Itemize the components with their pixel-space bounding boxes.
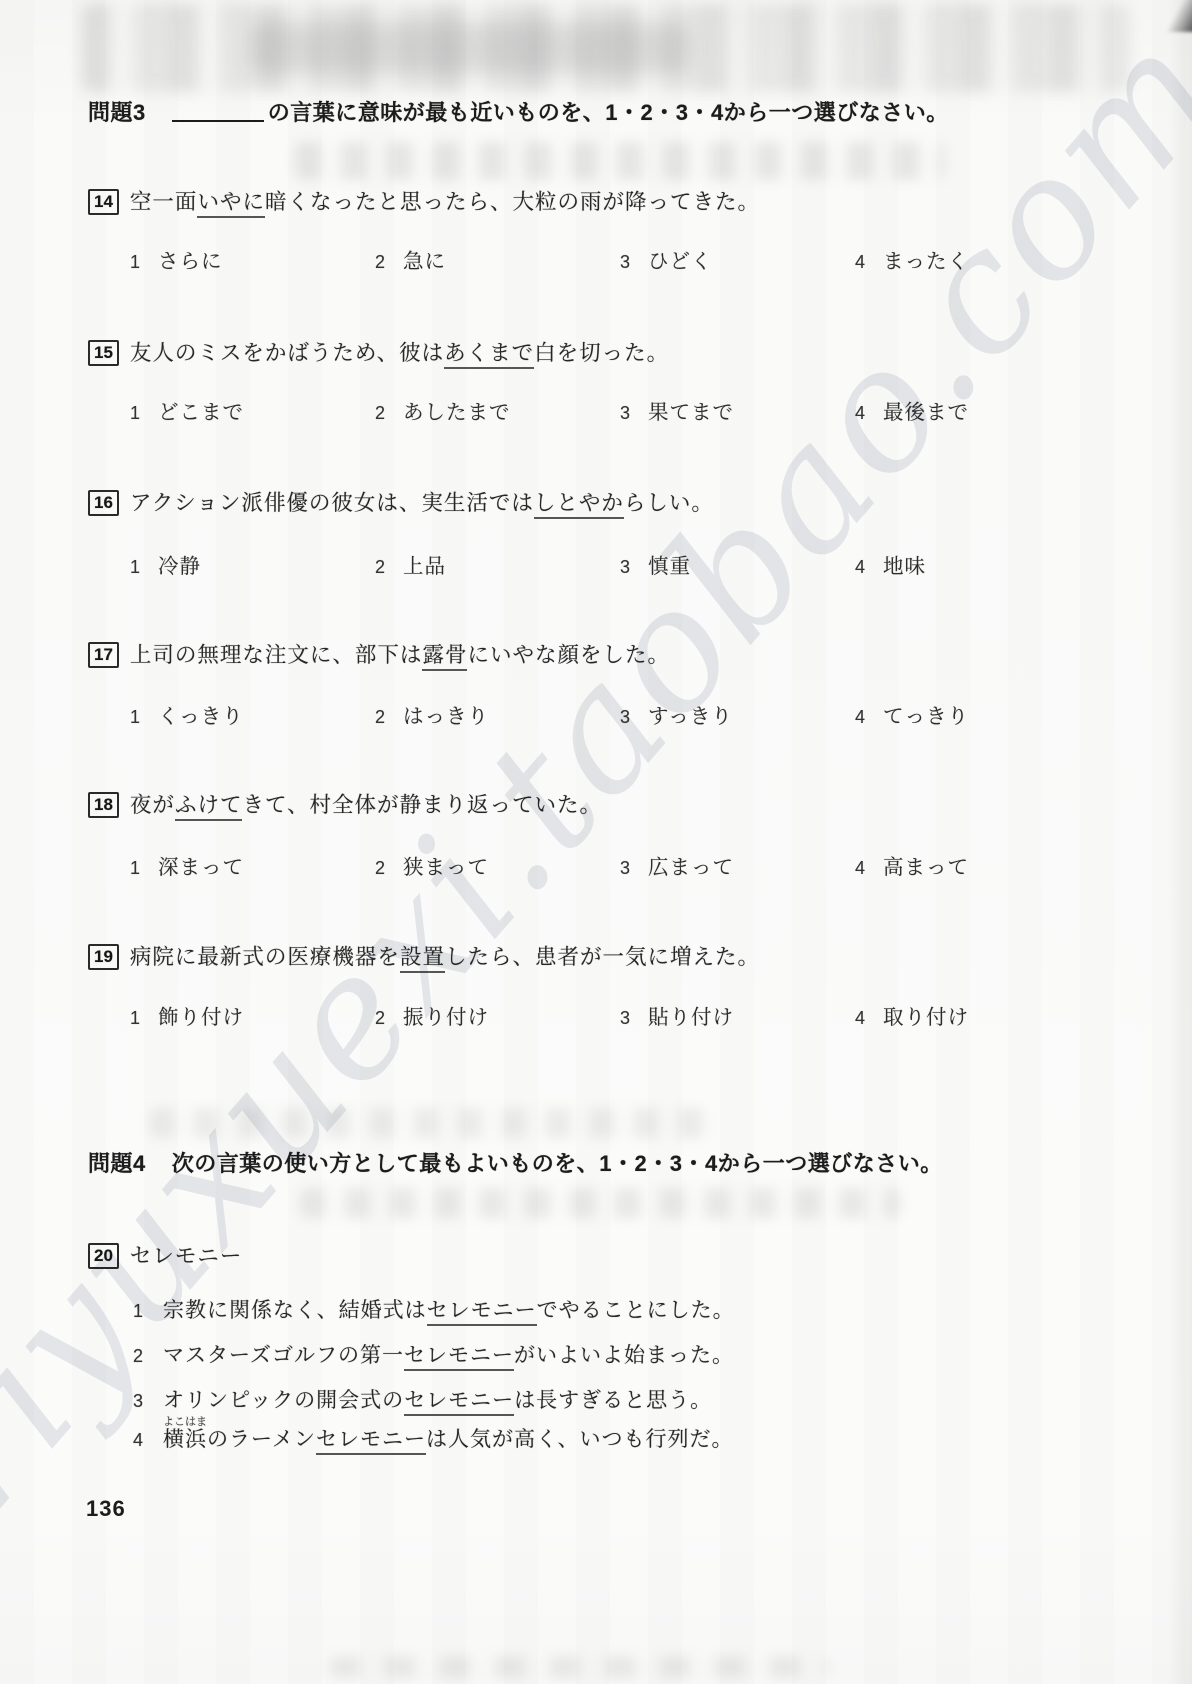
question-number-box: 18 bbox=[88, 792, 119, 818]
ruby-furigana: よこはま bbox=[163, 1416, 207, 1428]
option: 3広まって bbox=[620, 850, 855, 880]
scanned-test-page: riyuxuexi.taobao.com 問題3の言葉に意味が最も近いものを、1… bbox=[0, 0, 1192, 1684]
option: 4地味 bbox=[855, 549, 926, 579]
sentence-pre: 夜が bbox=[130, 793, 175, 817]
option: 4てっきり bbox=[855, 699, 969, 729]
option: 3果てまで bbox=[620, 395, 855, 425]
option: 2振り付け bbox=[375, 1000, 620, 1030]
section3-instruction: の言葉に意味が最も近いものを、1・2・3・4から一つ選びなさい。 bbox=[268, 100, 949, 125]
option-number: 3 bbox=[620, 557, 631, 578]
option: 4取り付け bbox=[855, 1000, 969, 1030]
section4-label: 問題4 bbox=[88, 1151, 146, 1176]
option-number: 1 bbox=[130, 858, 141, 879]
option-number: 2 bbox=[375, 252, 386, 273]
scan-artifact bbox=[300, 1188, 900, 1218]
option-number: 3 bbox=[620, 707, 631, 728]
option-text: くっきり bbox=[158, 706, 244, 728]
option: 3すっきり bbox=[620, 699, 855, 729]
option-text: 高まって bbox=[883, 857, 969, 879]
option: 2急に bbox=[375, 244, 620, 274]
question-number-box: 14 bbox=[88, 189, 119, 215]
option-number: 1 bbox=[130, 403, 141, 424]
underlined-word: 露骨 bbox=[422, 643, 467, 671]
sentence-post: きて、村全体が静まり返っていた。 bbox=[242, 793, 602, 817]
option-text: 急に bbox=[403, 251, 446, 273]
sentence-post: がいよいよ始まった。 bbox=[514, 1343, 734, 1367]
question-19: 19病院に最新式の医療機器を設置したら、患者が一気に増えた。 bbox=[88, 940, 760, 971]
option-number: 3 bbox=[620, 403, 631, 424]
option-text: 飾り付け bbox=[158, 1007, 244, 1029]
option-number: 2 bbox=[375, 557, 386, 578]
question-18: 18夜がふけてきて、村全体が静まり返っていた。 bbox=[88, 788, 602, 819]
section3-title: 問題3の言葉に意味が最も近いものを、1・2・3・4から一つ選びなさい。 bbox=[88, 96, 949, 127]
underlined-word: ふけて bbox=[175, 793, 243, 821]
scan-artifact bbox=[1168, 0, 1192, 1684]
option: 3慎重 bbox=[620, 549, 855, 579]
ruby-base: 横浜 bbox=[163, 1427, 207, 1451]
underlined-word: 設置 bbox=[400, 945, 445, 973]
option-text: どこまで bbox=[158, 402, 244, 424]
option: 1飾り付け bbox=[130, 1000, 375, 1030]
page-number: 136 bbox=[86, 1496, 126, 1522]
question-20: 20セレモニー bbox=[88, 1239, 242, 1270]
question-14-options: 1さらに2急に3ひどく4まったく bbox=[130, 244, 969, 274]
option: 3貼り付け bbox=[620, 1000, 855, 1030]
sentence-post: は長すぎると思う。 bbox=[514, 1388, 712, 1412]
option-number: 1 bbox=[133, 1301, 144, 1322]
sentence-pre: 病院に最新式の医療機器を bbox=[130, 945, 400, 969]
option-text: 広まって bbox=[648, 857, 734, 879]
scan-artifact bbox=[330, 1656, 830, 1678]
question-number-box: 16 bbox=[88, 490, 119, 516]
option-number: 4 bbox=[855, 403, 866, 424]
option-text: 上品 bbox=[403, 556, 446, 578]
option: 1くっきり bbox=[130, 699, 375, 729]
question-number-box: 19 bbox=[88, 944, 119, 970]
option: 1どこまで bbox=[130, 395, 375, 425]
sentence-pre: アクション派俳優の彼女は、実生活では bbox=[130, 491, 534, 515]
option: 2はっきり bbox=[375, 699, 620, 729]
option-text: ひどく bbox=[648, 251, 713, 273]
question-number-box: 17 bbox=[88, 642, 119, 668]
question-20-option-4: 4横浜よこはまのラーメンセレモニーは人気が高く、いつも行列だ。 bbox=[133, 1416, 734, 1453]
option-text: すっきり bbox=[648, 706, 733, 728]
option-text: はっきり bbox=[403, 706, 489, 728]
question-19-options: 1飾り付け2振り付け3貼り付け4取り付け bbox=[130, 1000, 969, 1030]
option-number: 4 bbox=[855, 252, 866, 273]
underlined-word: セレモニー bbox=[404, 1343, 514, 1371]
option-number: 1 bbox=[130, 707, 141, 728]
sentence-pre: 友人のミスをかばうため、彼は bbox=[130, 341, 444, 365]
option: 4最後まで bbox=[855, 395, 969, 425]
option: 1深まって bbox=[130, 850, 375, 880]
sentence-post: にいやな顔をした。 bbox=[467, 643, 670, 667]
sentence-pre: マスターズゴルフの第一 bbox=[163, 1343, 404, 1367]
option: 3ひどく bbox=[620, 244, 855, 274]
option: 4高まって bbox=[855, 850, 969, 880]
option-text: 冷静 bbox=[158, 556, 201, 578]
option-number: 2 bbox=[133, 1346, 144, 1367]
question-20-option-2: 2マスターズゴルフの第一セレモニーがいよいよ始まった。 bbox=[133, 1339, 734, 1369]
question-16-options: 1冷静2上品3慎重4地味 bbox=[130, 549, 926, 579]
option-text: 取り付け bbox=[883, 1007, 969, 1029]
sentence-post: でやることにした。 bbox=[537, 1298, 735, 1322]
option-number: 3 bbox=[620, 1008, 631, 1029]
sentence-pre: 空一面 bbox=[130, 190, 198, 214]
scan-artifact bbox=[82, 4, 1130, 92]
question-16: 16アクション派俳優の彼女は、実生活ではしとやからしい。 bbox=[88, 486, 714, 517]
question-15: 15友人のミスをかばうため、彼はあくまで白を切った。 bbox=[88, 336, 669, 367]
question-15-options: 1どこまで2あしたまで3果てまで4最後まで bbox=[130, 395, 969, 425]
option-number: 2 bbox=[375, 858, 386, 879]
question-20-option-1: 1宗教に関係なく、結婚式はセレモニーでやることにした。 bbox=[133, 1294, 735, 1324]
option-number: 3 bbox=[620, 858, 631, 879]
option-text: さらに bbox=[158, 251, 223, 273]
option-number: 4 bbox=[133, 1430, 144, 1451]
option-text: 深まって bbox=[158, 857, 244, 879]
sentence-pre: オリンピックの開会式の bbox=[163, 1388, 404, 1412]
scan-artifact bbox=[150, 1108, 710, 1138]
underlined-word: セレモニー bbox=[316, 1427, 426, 1455]
question-number-box: 20 bbox=[88, 1243, 119, 1269]
option-text: てっきり bbox=[883, 706, 969, 728]
option-text: 振り付け bbox=[403, 1007, 489, 1029]
underlined-word: セレモニー bbox=[427, 1298, 537, 1326]
sentence-post: 暗くなったと思ったら、大粒の雨が降ってきた。 bbox=[265, 190, 760, 214]
section4-title: 問題4次の言葉の使い方として最もよいものを、1・2・3・4から一つ選びなさい。 bbox=[88, 1147, 943, 1178]
option-number: 2 bbox=[375, 707, 386, 728]
option-number: 4 bbox=[855, 557, 866, 578]
option-text: まったく bbox=[883, 251, 969, 273]
option-text: 最後まで bbox=[883, 402, 969, 424]
option-text: 果てまで bbox=[648, 402, 734, 424]
sentence-pre: のラーメン bbox=[207, 1427, 316, 1451]
option-number: 1 bbox=[130, 1008, 141, 1029]
underlined-word: しとやか bbox=[534, 491, 624, 519]
option: 2狭まって bbox=[375, 850, 620, 880]
sentence-post: は人気が高く、いつも行列だ。 bbox=[426, 1427, 734, 1451]
target-word: セレモニー bbox=[130, 1244, 243, 1268]
question-14: 14空一面いやに暗くなったと思ったら、大粒の雨が降ってきた。 bbox=[88, 185, 760, 216]
ruby-yokohama: 横浜よこはま bbox=[163, 1427, 207, 1451]
option-text: あしたまで bbox=[403, 402, 511, 424]
sentence-pre: 宗教に関係なく、結婚式は bbox=[163, 1298, 427, 1322]
section4-instruction: 次の言葉の使い方として最もよいものを、1・2・3・4から一つ選びなさい。 bbox=[172, 1151, 943, 1176]
option-number: 3 bbox=[620, 252, 631, 273]
sentence-post: 白を切った。 bbox=[534, 341, 669, 365]
option: 4まったく bbox=[855, 244, 969, 274]
option-number: 3 bbox=[133, 1391, 144, 1412]
underlined-word: いやに bbox=[197, 190, 265, 218]
underlined-word: セレモニー bbox=[404, 1388, 514, 1416]
question-17: 17上司の無理な注文に、部下は露骨にいやな顔をした。 bbox=[88, 638, 670, 669]
option-number: 4 bbox=[855, 858, 866, 879]
scan-artifact bbox=[1150, 0, 1192, 32]
sentence-pre: 上司の無理な注文に、部下は bbox=[130, 643, 423, 667]
blank-underline bbox=[172, 116, 264, 122]
option: 2あしたまで bbox=[375, 395, 620, 425]
option-number: 2 bbox=[375, 403, 386, 424]
question-20-option-3: 3オリンピックの開会式のセレモニーは長すぎると思う。 bbox=[133, 1384, 712, 1414]
sentence-post: らしい。 bbox=[624, 491, 714, 515]
question-17-options: 1くっきり2はっきり3すっきり4てっきり bbox=[130, 699, 969, 729]
option-text: 狭まって bbox=[403, 857, 489, 879]
sentence-post: したら、患者が一気に増えた。 bbox=[445, 945, 760, 969]
underlined-word: あくまで bbox=[444, 341, 534, 369]
option-number: 1 bbox=[130, 252, 141, 273]
option-text: 地味 bbox=[883, 556, 926, 578]
scan-artifact bbox=[250, 22, 690, 74]
option-number: 4 bbox=[855, 707, 866, 728]
option-number: 4 bbox=[855, 1008, 866, 1029]
option: 1さらに bbox=[130, 244, 375, 274]
option-number: 1 bbox=[130, 557, 141, 578]
question-18-options: 1深まって2狭まって3広まって4高まって bbox=[130, 850, 969, 880]
scan-artifact bbox=[295, 142, 945, 180]
section3-label: 問題3 bbox=[88, 100, 146, 125]
question-number-box: 15 bbox=[88, 340, 119, 366]
option-text: 貼り付け bbox=[648, 1007, 734, 1029]
option: 1冷静 bbox=[130, 549, 375, 579]
option: 2上品 bbox=[375, 549, 620, 579]
option-text: 慎重 bbox=[648, 556, 691, 578]
option-number: 2 bbox=[375, 1008, 386, 1029]
